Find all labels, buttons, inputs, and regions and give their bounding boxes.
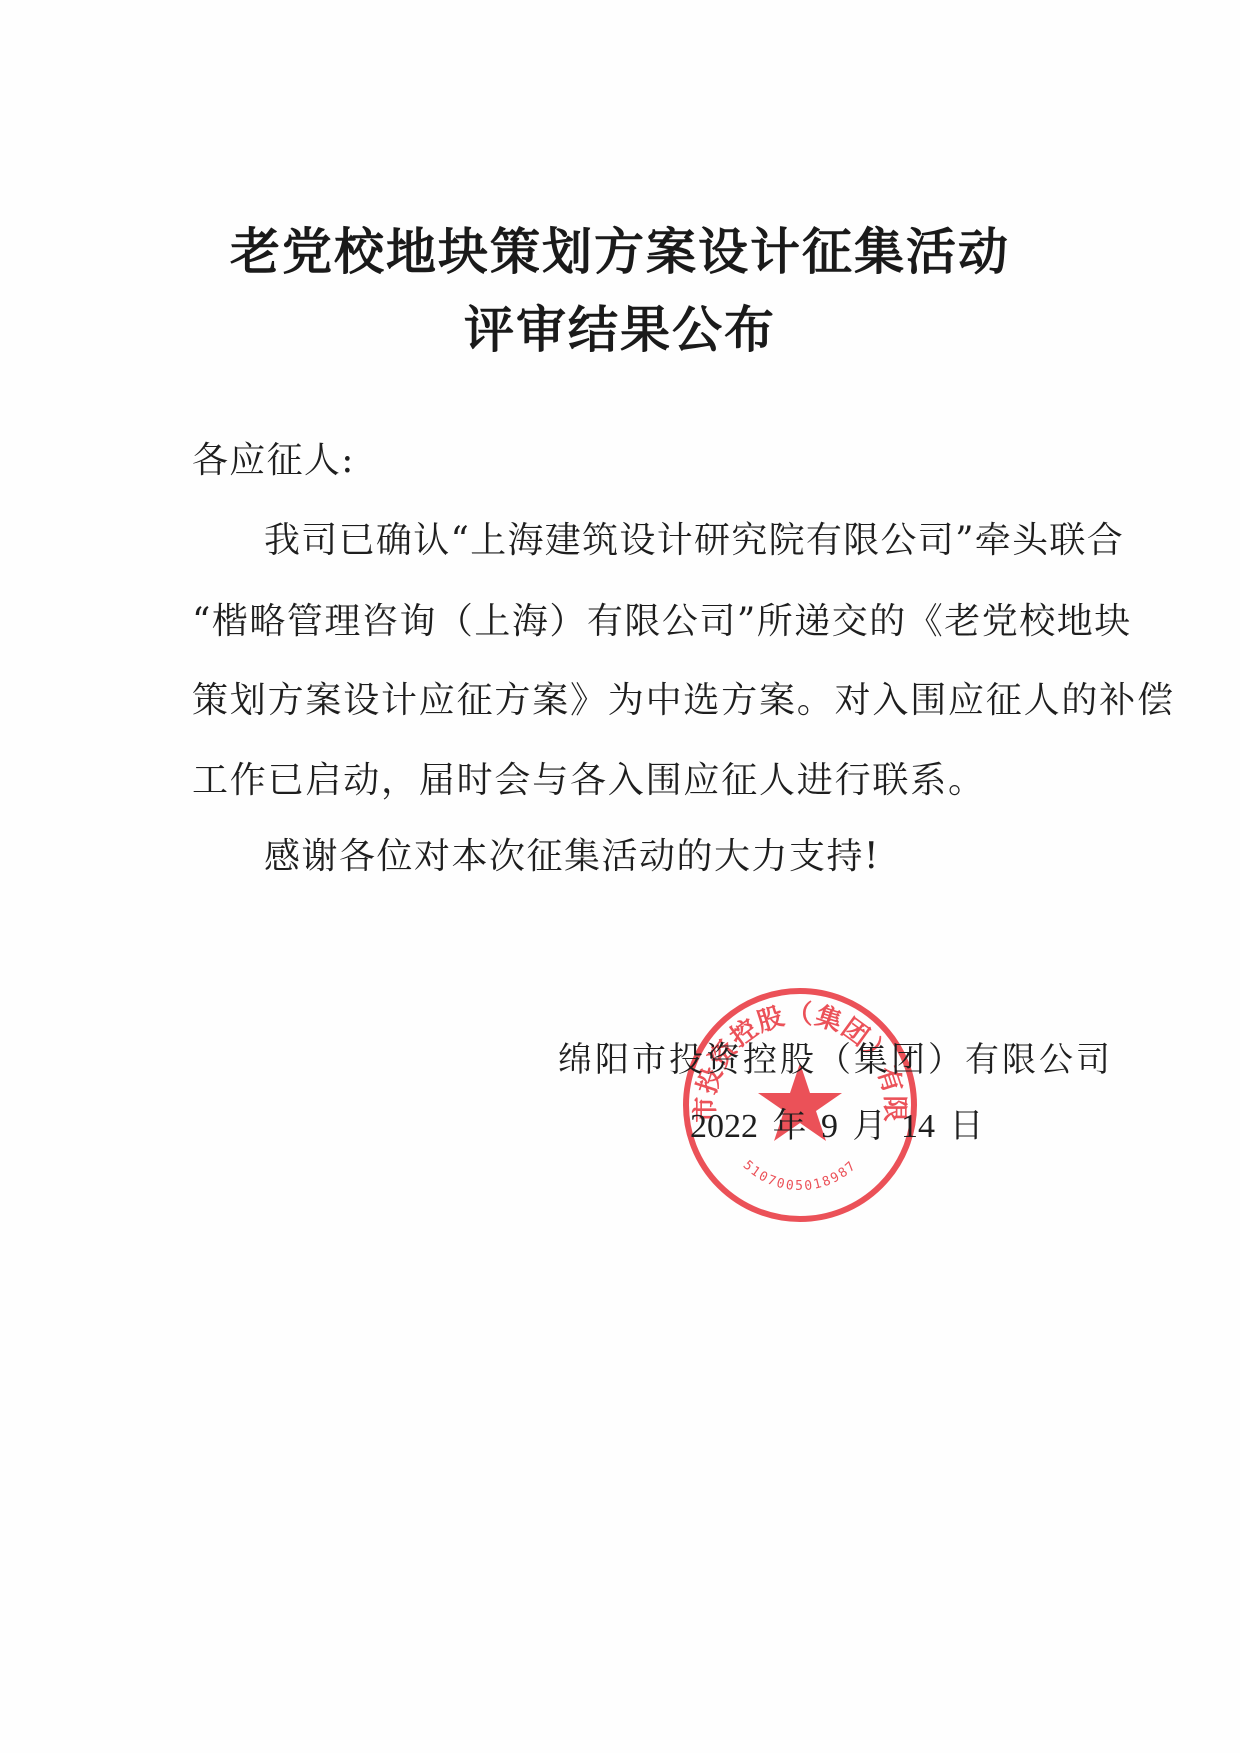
body-line-4: 工作已启动，届时会与各入围应征人进行联系。 (192, 752, 986, 803)
body-line-2: “楷略管理咨询（上海）有限公司”所递交的《老党校地块 (192, 593, 1132, 644)
seal-number: 5107005018987 (740, 1158, 860, 1194)
thanks-line: 感谢各位对本次征集活动的大力支持! (264, 828, 880, 879)
signature-company: 绵阳市投资控股（集团）有限公司 (558, 1032, 1113, 1081)
title-line-2: 评审结果公布 (0, 290, 1240, 362)
svg-text:5107005018987: 5107005018987 (740, 1158, 860, 1194)
signature-date: 2022 年 9 月 14 日 (690, 1098, 984, 1147)
title-line-1: 老党校地块策划方案设计征集活动 (0, 212, 1240, 284)
body-line-3: 策划方案设计应征方案》为中选方案。对入围应征人的补偿 (192, 672, 1175, 723)
body-line-1: 我司已确认“上海建筑设计研究院有限公司”牵头联合 (264, 512, 1124, 563)
document-page: 老党校地块策划方案设计征集活动 评审结果公布 各应征人: 我司已确认“上海建筑设… (0, 0, 1240, 1753)
salutation: 各应征人: (192, 432, 355, 483)
